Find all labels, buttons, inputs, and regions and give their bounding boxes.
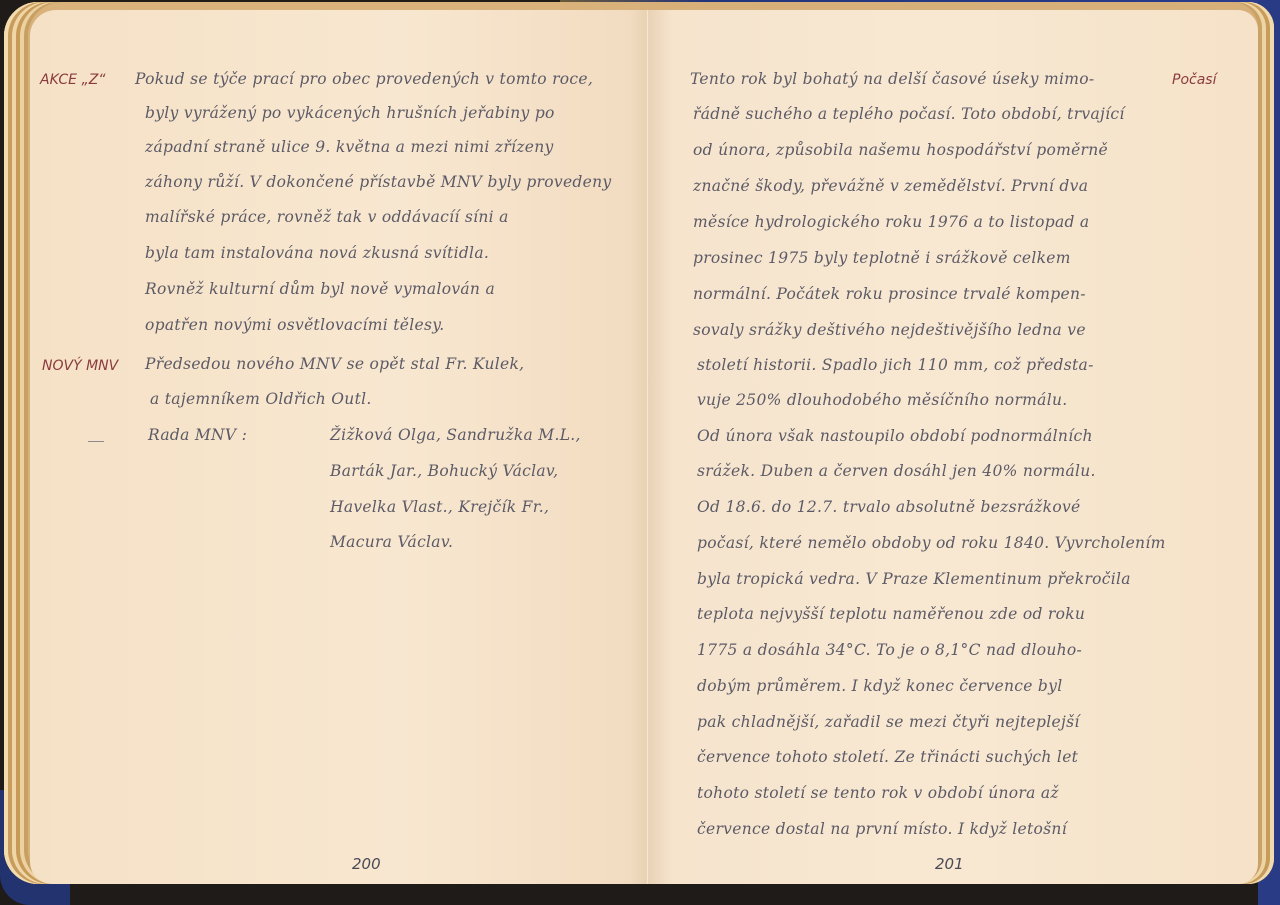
text-line: Předsedou nového MNV se opět stal Fr. Ku… — [145, 355, 524, 373]
margin-dash — [88, 441, 104, 442]
text-line: prosinec 1975 byly teplotně i srážkově c… — [693, 249, 1071, 267]
text-line: od února, způsobila našemu hospodářství … — [693, 141, 1108, 159]
council-label: Rada MNV : — [148, 426, 247, 444]
margin-label-akce-z: AKCE „Z“ — [40, 72, 106, 88]
text-line: západní straně ulice 9. května a mezi ni… — [145, 138, 554, 156]
text-line: Pokud se týče prací pro obec provedených… — [135, 70, 593, 88]
page-number-right: 201 — [935, 855, 964, 873]
text-line: století historii. Spadlo jich 110 mm, co… — [697, 356, 1094, 374]
text-line: značné škody, převážně v zemědělství. Pr… — [693, 177, 1088, 195]
text-line: sovaly srážky deštivého nejdeštivějšího … — [693, 321, 1086, 339]
text-line: července dostal na první místo. I když l… — [697, 820, 1067, 838]
text-line: počasí, které nemělo obdoby od roku 1840… — [697, 534, 1166, 552]
text-line: pak chladnější, zařadil se mezi čtyři ne… — [697, 713, 1080, 731]
text-line: Rovněž kulturní dům byl nově vymalován a — [145, 280, 495, 298]
council-member-line: Havelka Vlast., Krejčík Fr., — [330, 498, 549, 516]
text-line: a tajemníkem Oldřich Outl. — [150, 390, 372, 408]
text-line: opatřen novými osvětlovacími tělesy. — [145, 316, 445, 334]
margin-label-novy-mnv: NOVÝ MNV — [42, 358, 118, 374]
text-line: Od 18.6. do 12.7. trvalo absolutně bezsr… — [697, 498, 1081, 516]
text-line: měsíce hydrologického roku 1976 a to lis… — [693, 213, 1089, 231]
text-line: vuje 250% dlouhodobého měsíčního normálu… — [697, 391, 1067, 409]
text-line: 1775 a dosáhla 34°C. To je o 8,1°C nad d… — [697, 641, 1082, 659]
text-line: normální. Počátek roku prosince trvalé k… — [693, 285, 1086, 303]
text-line: byla tropická vedra. V Praze Klementinum… — [697, 570, 1131, 588]
text-line: byly vyrážený po vykácených hrušních jeř… — [145, 104, 555, 122]
text-line: Tento rok byl bohatý na delší časové úse… — [690, 70, 1094, 88]
council-member-line: Barták Jar., Bohucký Václav, — [330, 462, 558, 480]
text-line: Od února však nastoupilo období podnormá… — [697, 427, 1093, 445]
text-line: řádně suchého a teplého počasí. Toto obd… — [693, 105, 1125, 123]
text-line: teplota nejvyšší teplotu naměřenou zde o… — [697, 605, 1085, 623]
text-line: srážek. Duben a červen dosáhl jen 40% no… — [697, 462, 1096, 480]
text-line: malířské práce, rovněž tak v oddávacíí s… — [145, 208, 509, 226]
text-line: byla tam instalována nová zkusná svítidl… — [145, 244, 489, 262]
council-member-line: Žižková Olga, Sandružka M.L., — [330, 426, 581, 444]
margin-label-pocasi: Počasí — [1172, 72, 1216, 88]
text-line: tohoto století se tento rok v období úno… — [697, 784, 1059, 802]
page-number-left: 200 — [352, 855, 381, 873]
text-line: záhony růží. V dokončené přístavbě MNV b… — [145, 173, 611, 191]
text-line: dobým průměrem. I když konec července by… — [697, 677, 1062, 695]
council-member-line: Macura Václav. — [330, 533, 453, 551]
text-line: července tohoto století. Ze třinácti suc… — [697, 748, 1078, 766]
